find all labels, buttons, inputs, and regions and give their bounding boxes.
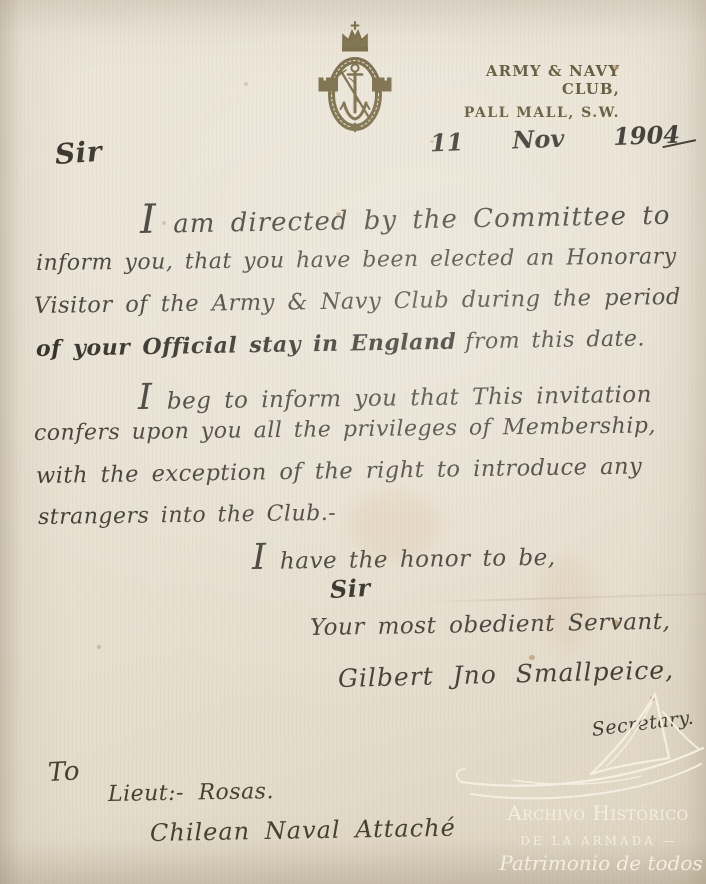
letter-line: Visitor of the Army & Navy Club during t… bbox=[34, 286, 681, 318]
club-crest-icon bbox=[316, 21, 394, 139]
closing-sir: Sir bbox=[329, 576, 371, 602]
club-name: ARMY & NAVY CLUB, bbox=[440, 62, 620, 98]
date-day: 11 bbox=[430, 127, 464, 157]
letter-line: of your Official stay in Englandfrom thi… bbox=[36, 327, 645, 361]
watermark-archive-name: Archivo Histórico bbox=[489, 801, 706, 825]
letter-line: with the exception of the right to intro… bbox=[36, 455, 643, 487]
salutation: Sir bbox=[54, 138, 103, 169]
letter-line: I am directed by the Committee to bbox=[140, 191, 671, 241]
closing-line: Your most obedient Servant, bbox=[310, 611, 671, 640]
paper-crease bbox=[424, 593, 706, 603]
letterhead: ARMY & NAVY CLUB, PALL MALL, S.W. bbox=[440, 62, 620, 121]
date-line: 11 Nov 1904 bbox=[430, 120, 681, 158]
recipient-name: Lieut:- Rosas. bbox=[108, 781, 274, 806]
recipient-to: To bbox=[47, 758, 80, 786]
letter-line: inform you, that you have been elected a… bbox=[36, 246, 677, 275]
stain bbox=[244, 82, 248, 86]
letter-line: strangers into the Club.- bbox=[38, 503, 336, 529]
letter-scan: ARMY & NAVY CLUB, PALL MALL, S.W. 11 Nov… bbox=[0, 0, 706, 884]
club-address: PALL MALL, S.W. bbox=[440, 105, 620, 121]
date-month: Nov bbox=[512, 124, 565, 155]
closing-line: I have the honor to be, bbox=[252, 536, 556, 576]
letter-line: I beg to inform you that This invitation bbox=[138, 373, 652, 416]
inserted-phrase: of your Official stay in England bbox=[36, 329, 457, 362]
recipient-role: Chilean Naval Attaché bbox=[150, 816, 456, 845]
letter-line: confers upon you all the privileges of M… bbox=[34, 415, 656, 445]
sailboat-logo-icon bbox=[455, 686, 706, 816]
watermark-tagline: Patrimonio de todos bbox=[495, 851, 706, 875]
stain bbox=[97, 645, 101, 649]
date-year: 1904 bbox=[613, 120, 681, 151]
watermark-armada: DE LA ARMADA — bbox=[499, 834, 699, 848]
line-continuation: from this date. bbox=[465, 326, 645, 354]
